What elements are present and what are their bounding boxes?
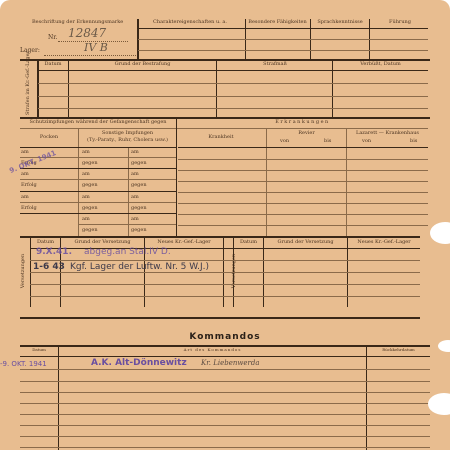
col-served: Verbüßt, Datum <box>333 62 428 67</box>
transfers-side-label-right: Versetzungen <box>231 241 237 301</box>
rule <box>20 128 176 129</box>
transfer-date: 1-6 43 <box>33 262 65 272</box>
torn-edge <box>430 222 450 244</box>
other-row: gegen <box>82 183 98 188</box>
transfer-col-reason-2: Grund der Versetzung <box>264 240 347 245</box>
transfer-col-reason: Grund der Versetzung <box>61 240 144 245</box>
rule <box>20 425 430 426</box>
vaccinations-title: Schutzimpfungen während der Gefangenscha… <box>20 120 176 125</box>
other-row: gegen <box>82 228 98 233</box>
col-languages: Sprachkenntnisse <box>311 20 369 25</box>
revier-von: von <box>280 139 289 144</box>
rule <box>20 168 176 169</box>
rule <box>20 213 176 214</box>
kommando-date: -9. OKT. 1941 <box>0 360 47 368</box>
revier-bis: bis <box>324 139 331 144</box>
kommando-col-type: Art des Kommandos <box>59 348 366 352</box>
transfers-side-label-left: Versetzungen <box>20 241 26 301</box>
transfer-date: 9.X.41. <box>36 247 72 257</box>
kommando-col-return: Rückkehrdatum <box>367 348 430 352</box>
transfer-col-date-2: Datum <box>234 240 263 245</box>
col-reason: Grund der Bestrafung <box>69 62 216 67</box>
id-tag-label: Beschriftung der Erkennungsmarke <box>32 20 123 25</box>
rule <box>20 369 430 370</box>
divider <box>366 346 367 450</box>
rule <box>38 70 428 71</box>
transfer-col-date: Datum <box>31 240 60 245</box>
rule <box>20 191 176 192</box>
rule <box>30 260 420 261</box>
divider <box>216 60 217 118</box>
kommando-col-date: Datum <box>20 348 58 352</box>
pocken-row: Erfolg <box>21 183 37 188</box>
rule <box>20 414 430 415</box>
transfer-text: abgeg.an Stal.IV D. <box>84 247 171 257</box>
other-row: gegen <box>131 183 147 188</box>
rule <box>20 317 420 319</box>
pocken-row: am <box>21 195 29 200</box>
other-row: am <box>131 150 139 155</box>
punishments-side-label: Strafen im Kr.-Gef.-Lager <box>25 55 31 115</box>
transfer-col-camp-2: Neues Kr.-Gef.-Lager <box>348 240 420 245</box>
col-date: Datum <box>39 62 67 67</box>
illnesses-title: Erkrankungen <box>177 120 428 125</box>
other-row: am <box>131 172 139 177</box>
rule <box>138 39 428 40</box>
nr-label: Nr. <box>48 35 57 41</box>
pocken-row: am <box>21 172 29 177</box>
rule <box>78 224 176 225</box>
other-row: gegen <box>131 206 147 211</box>
hospital-von: von <box>362 139 371 144</box>
rule <box>20 447 430 448</box>
other-row: am <box>82 150 90 155</box>
rule <box>38 83 428 84</box>
transfer-col-camp: Neues Kr.-Gef.-Lager <box>145 240 223 245</box>
divider <box>37 60 39 118</box>
other-row: am <box>82 217 90 222</box>
kommandos-title: Kommandos <box>20 333 430 342</box>
rule <box>178 225 428 226</box>
rule <box>38 108 428 109</box>
camp-value: IV B <box>84 41 108 54</box>
rule <box>30 272 420 273</box>
col-sentence: Strafmaß <box>217 62 333 67</box>
other-row: gegen <box>131 228 147 233</box>
rule <box>20 147 176 148</box>
transfer-text: Kgf. Lager der Luftw. Nr. 5 W.J.) <box>70 262 209 272</box>
other-row: am <box>82 195 90 200</box>
kommando-handwritten: Kr. Liebenwerda <box>201 359 260 367</box>
col-pocken: Pocken <box>20 135 78 140</box>
rule <box>20 381 430 382</box>
divider <box>266 128 267 236</box>
other-row: am <box>131 217 139 222</box>
torn-edge <box>438 340 450 352</box>
rule <box>178 203 428 204</box>
other-row: gegen <box>82 206 98 211</box>
col-skills: Besondere Fähigkeiten <box>246 20 309 25</box>
rule <box>20 202 176 203</box>
divider <box>58 346 59 450</box>
kommando-stamp: A.K. Alt-Dönnewitz <box>91 358 187 368</box>
rule <box>178 170 428 171</box>
rule <box>178 214 428 215</box>
other-row: am <box>82 172 90 177</box>
pocken-row: am <box>21 150 29 155</box>
date-stamp: 9. OKT. 1941 <box>8 149 57 175</box>
rule <box>20 392 430 393</box>
divider <box>346 128 347 236</box>
col-other: Sonstige Impfungen <box>79 131 176 136</box>
pocken-row: Erfolg <box>21 206 37 211</box>
col-hospital: Lazarett — Krankenhaus <box>347 131 428 136</box>
divider <box>78 128 79 236</box>
rule <box>178 181 428 182</box>
rule <box>38 96 428 97</box>
hospital-bis: bis <box>410 139 417 144</box>
col-character: Charaktereigenschaften u. a. <box>140 20 240 25</box>
other-row: am <box>131 195 139 200</box>
other-row: gegen <box>131 161 147 166</box>
rule <box>138 50 428 51</box>
rule <box>30 284 420 285</box>
rule <box>20 436 430 437</box>
col-other-sub: (Ty.-Paraty., Ruhr, Cholera usw.) <box>79 138 176 143</box>
rule <box>178 147 428 148</box>
divider <box>332 60 333 118</box>
col-illness: Krankheit <box>177 135 265 140</box>
rule <box>20 236 420 238</box>
camp-underline <box>44 55 136 56</box>
pow-record-card: Beschriftung der Erkennungsmarke Nr. 128… <box>0 0 450 450</box>
col-revier: Revier <box>267 131 346 136</box>
rule <box>178 159 428 160</box>
rule <box>20 179 176 180</box>
rule <box>20 356 430 357</box>
rule <box>138 28 428 29</box>
torn-edge <box>428 393 450 415</box>
rule <box>20 403 430 404</box>
col-conduct: Führung <box>372 20 428 25</box>
rule <box>30 296 420 297</box>
other-row: gegen <box>82 161 98 166</box>
nr-value: 12847 <box>68 26 106 40</box>
divider <box>68 60 69 118</box>
rule <box>177 128 428 129</box>
rule <box>178 192 428 193</box>
